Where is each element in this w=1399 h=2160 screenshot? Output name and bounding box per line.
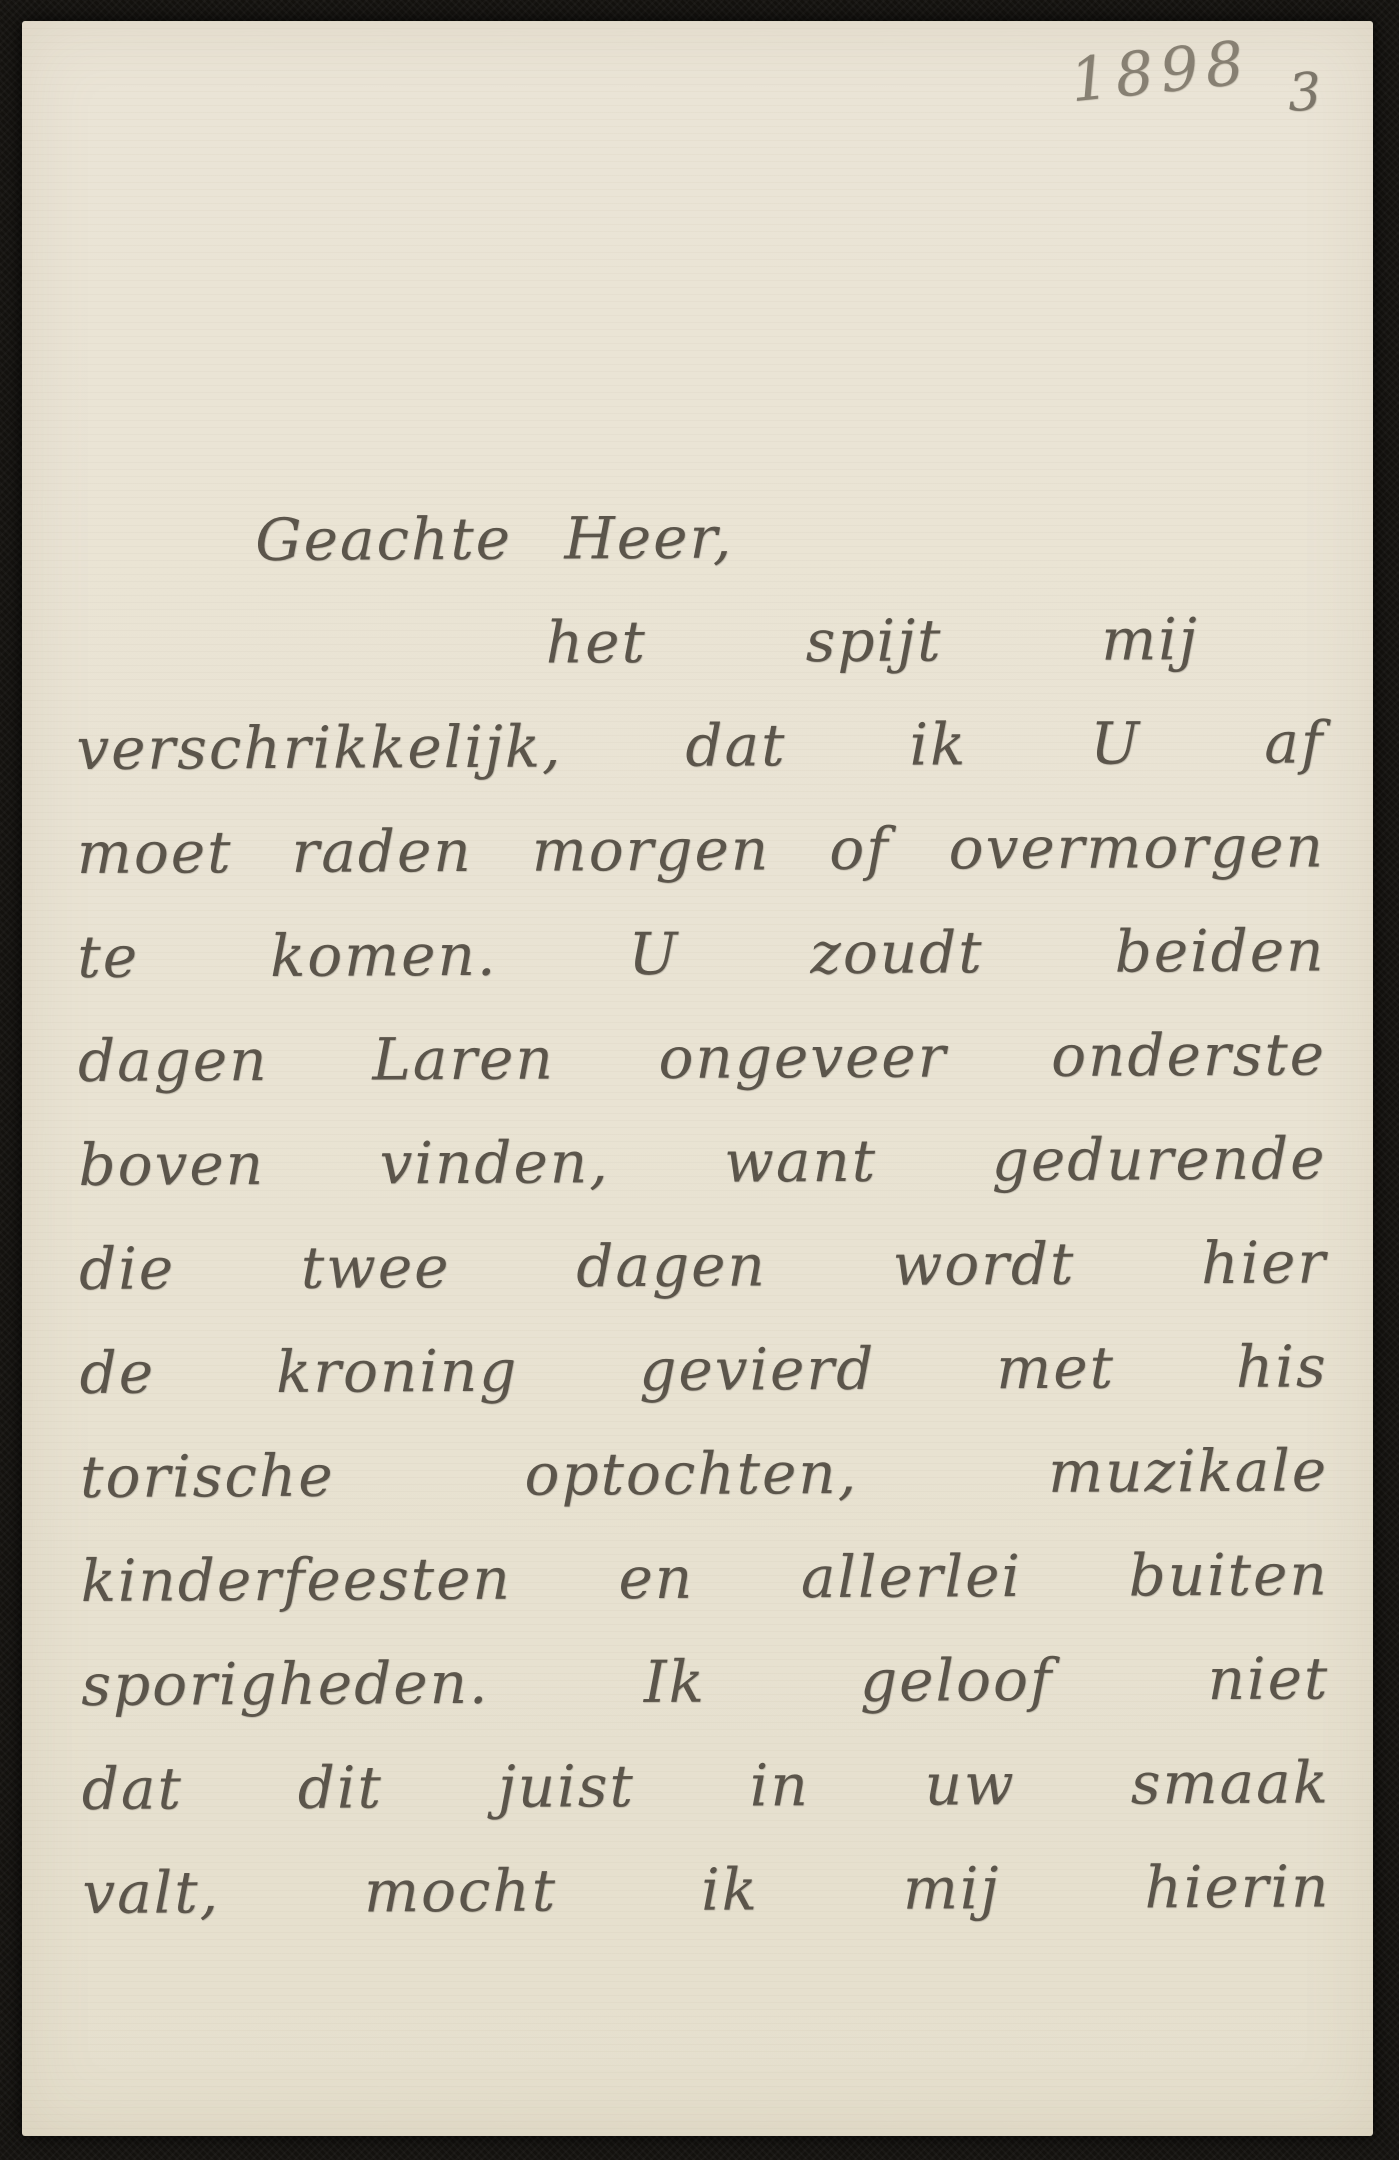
handwritten-line-2: het spijt mij <box>546 587 1200 694</box>
handwritten-line-14: valt, mocht ik mij hierin <box>82 1834 1331 1945</box>
handwritten-line-10: torische optochten, muzikale <box>80 1418 1329 1529</box>
handwritten-line-1: Geachte Heer, <box>255 486 734 593</box>
scan-background: 1898 3 Geachte Heer,het spijt mijverschr… <box>0 0 1399 2160</box>
handwritten-line-9: de kroning gevierd met his <box>79 1314 1328 1425</box>
handwritten-line-11: kinderfeesten en allerlei buiten <box>80 1522 1329 1633</box>
handwritten-line-13: dat dit juist in uw smaak <box>82 1730 1331 1841</box>
handwritten-line-8: die twee dagen wordt hier <box>79 1210 1328 1321</box>
handwritten-line-5: te komen. U zoudt beiden <box>77 898 1326 1009</box>
letter-body: Geachte Heer,het spijt mijverschrikkelij… <box>75 482 1331 1945</box>
year-annotation: 1898 <box>1067 28 1254 117</box>
handwritten-line-6: dagen Laren ongeveer onderste <box>78 1002 1327 1113</box>
letter-page: 1898 3 Geachte Heer,het spijt mijverschr… <box>22 21 1373 2136</box>
page-number-annotation: 3 <box>1286 62 1322 124</box>
handwritten-line-3: verschrikkelijk, dat ik U af <box>76 690 1325 801</box>
handwritten-line-12: sporigheden. Ik geloof niet <box>81 1626 1330 1737</box>
handwritten-line-4: moet raden morgen of overmorgen <box>77 794 1326 905</box>
handwritten-line-7: boven vinden, want gedurende <box>78 1106 1327 1217</box>
